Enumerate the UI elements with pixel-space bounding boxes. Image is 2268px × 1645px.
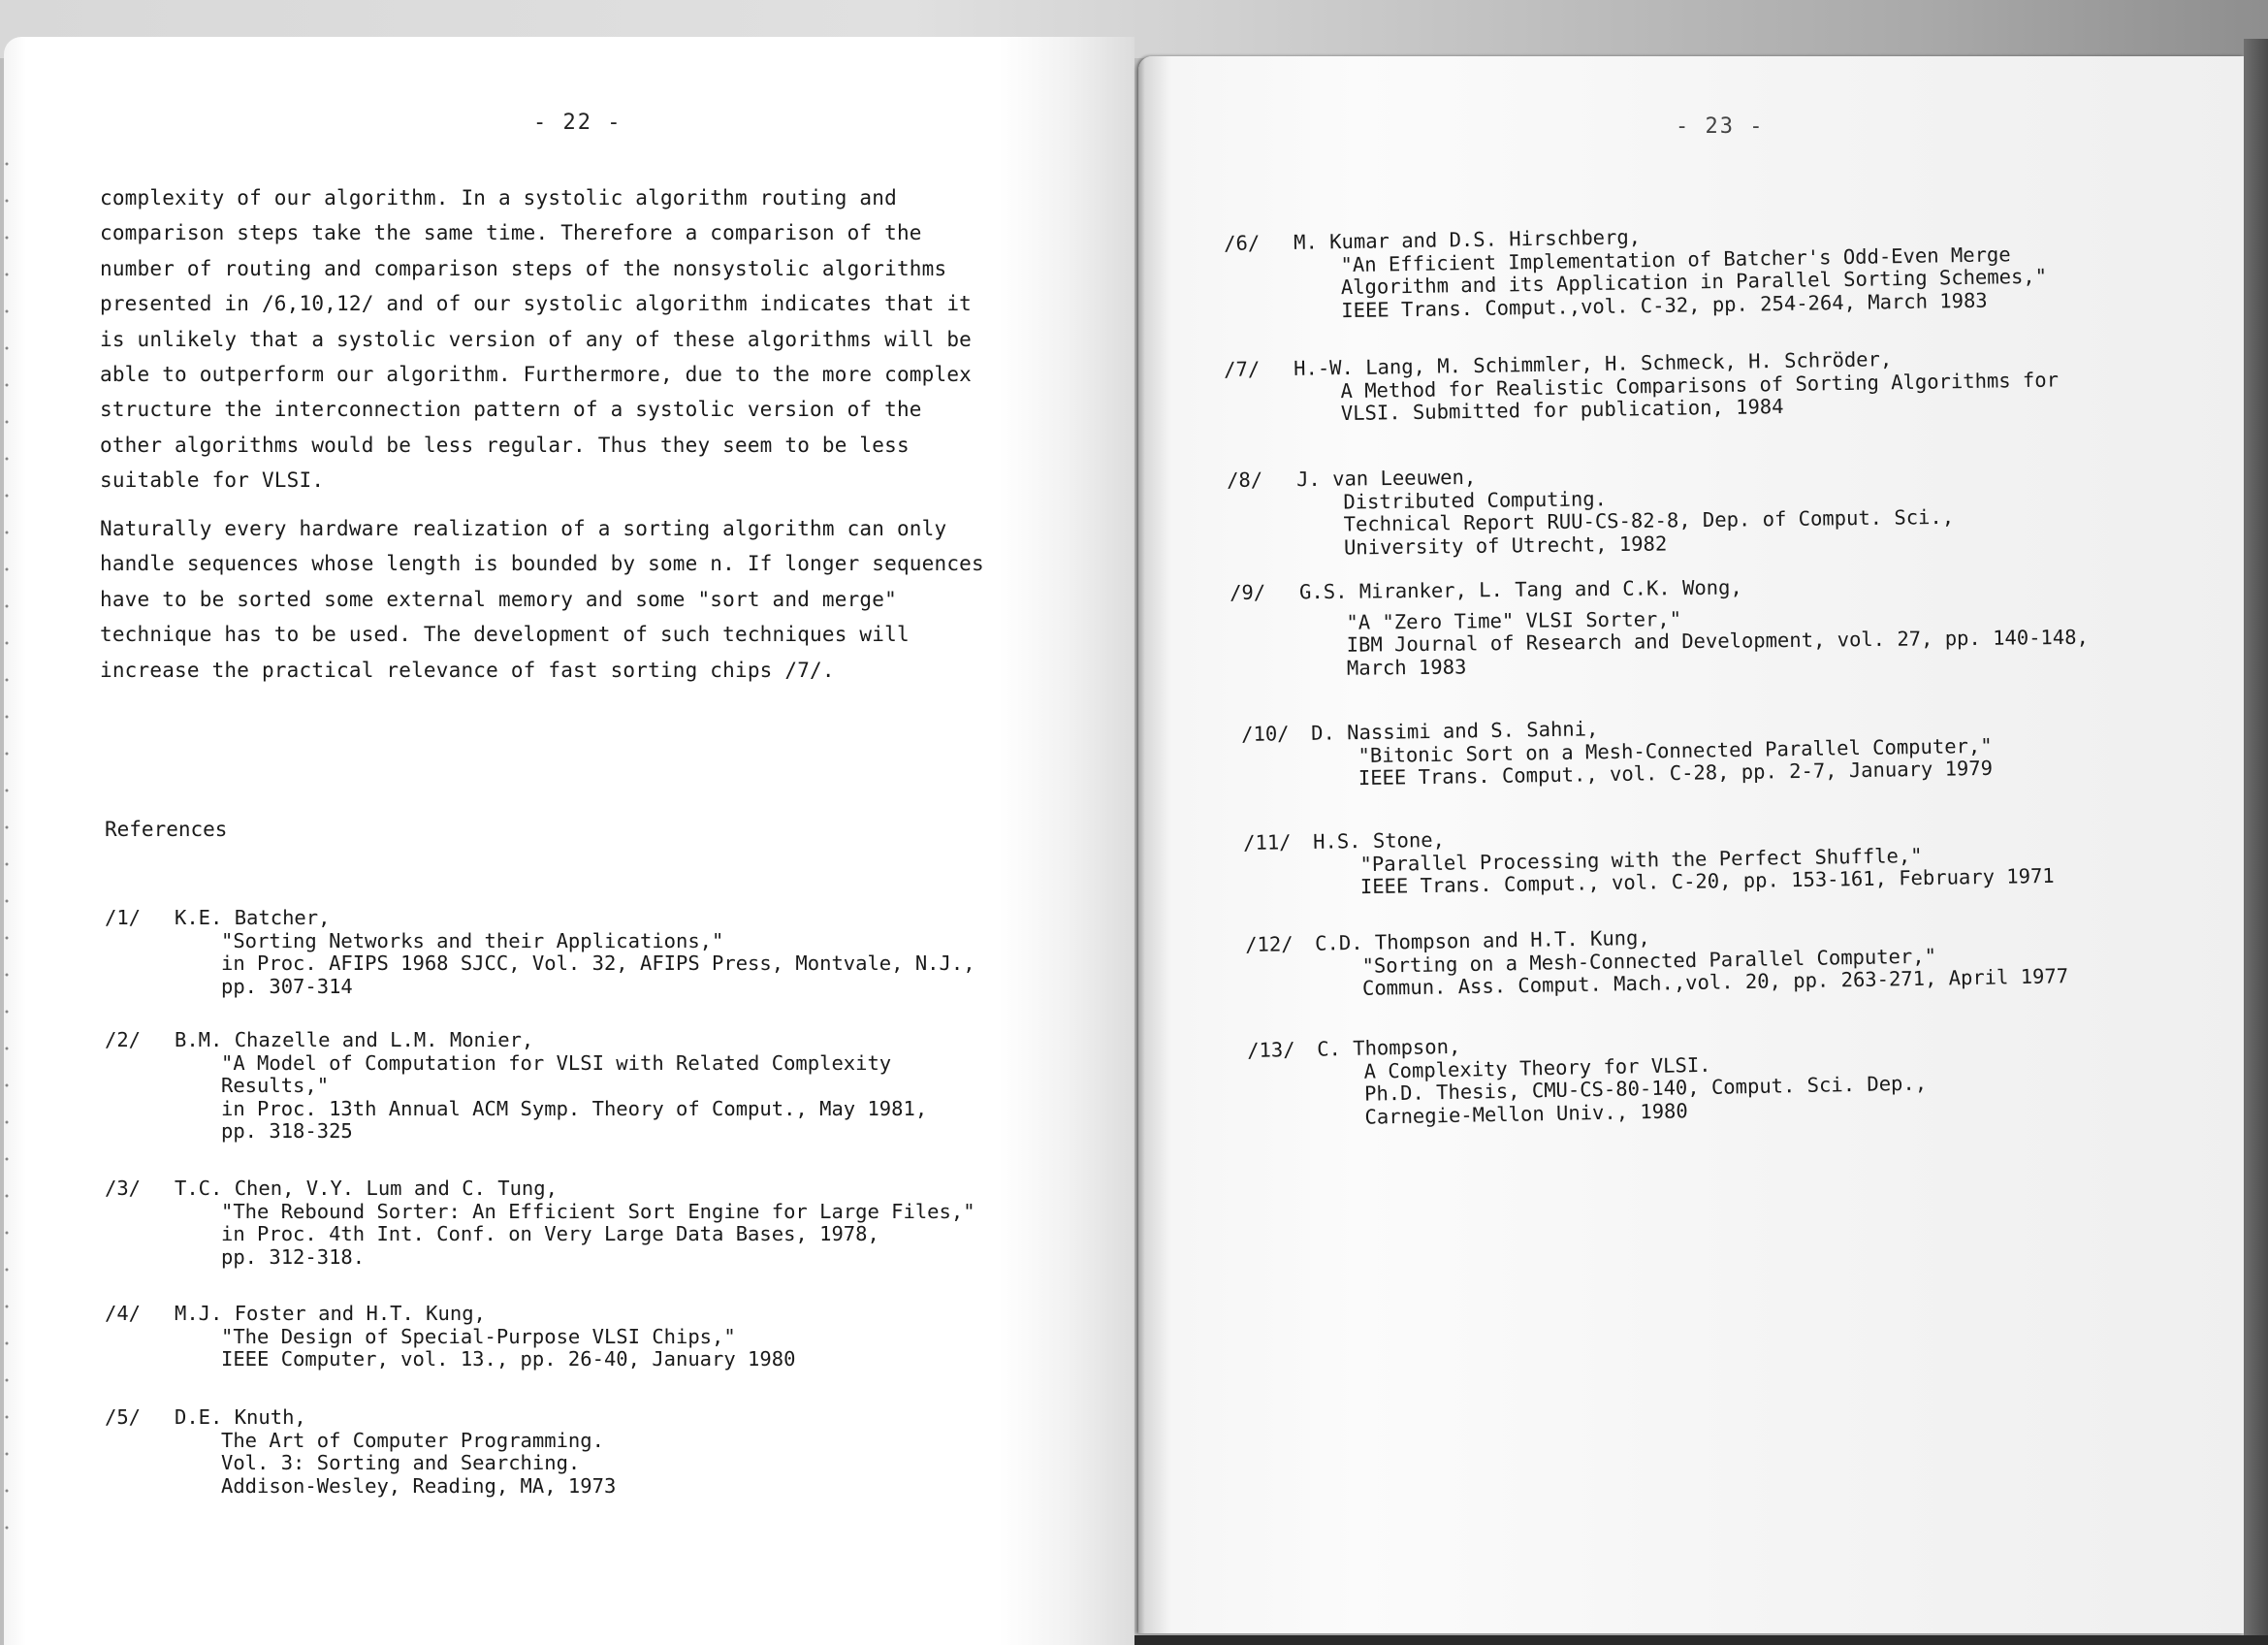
- reference-line: pp. 318-325: [105, 1120, 927, 1144]
- reference-authors: B.M. Chazelle and L.M. Monier,: [105, 1029, 927, 1052]
- reference-authors: D.E. Knuth,: [105, 1406, 616, 1430]
- reference-line: "The Rebound Sorter: An Efficient Sort E…: [105, 1201, 975, 1224]
- reference-line: pp. 312-318.: [105, 1246, 975, 1270]
- paragraph-line: have to be sorted some external memory a…: [100, 582, 1128, 617]
- reference-line: IEEE Computer, vol. 13., pp. 26-40, Janu…: [105, 1348, 795, 1371]
- body-paragraph-1: complexity of our algorithm. In a systol…: [100, 180, 1128, 499]
- reference-line: in Proc. 4th Int. Conf. on Very Large Da…: [105, 1223, 975, 1246]
- reference-line: The Art of Computer Programming.: [105, 1430, 616, 1453]
- reference-line: "Sorting Networks and their Applications…: [105, 930, 975, 953]
- reference-authors: K.E. Batcher,: [105, 907, 975, 930]
- reference-line: pp. 307-314: [105, 976, 975, 999]
- reference-line: Vol. 3: Sorting and Searching.: [105, 1452, 616, 1475]
- reference-authors: M.J. Foster and H.T. Kung,: [105, 1303, 795, 1326]
- paragraph-line: technique has to be used. The developmen…: [100, 617, 1128, 652]
- paragraph-line: suitable for VLSI.: [100, 463, 1128, 498]
- references-heading: References: [105, 818, 227, 841]
- page-number-left: - 22 -: [533, 111, 622, 135]
- body-paragraph-2: Naturally every hardware realization of …: [100, 511, 1128, 688]
- reference-line: "A Model of Computation for VLSI with Re…: [105, 1052, 927, 1076]
- reference-line: in Proc. AFIPS 1968 SJCC, Vol. 32, AFIPS…: [105, 952, 975, 976]
- paragraph-line: handle sequences whose length is bounded…: [100, 546, 1128, 581]
- paragraph-line: number of routing and comparison steps o…: [100, 251, 1128, 286]
- paragraph-line: structure the interconnection pattern of…: [100, 392, 1128, 427]
- reference-authors: T.C. Chen, V.Y. Lum and C. Tung,: [105, 1177, 975, 1201]
- reference-line: Results,": [105, 1075, 927, 1098]
- paragraph-line: able to outperform our algorithm. Furthe…: [100, 357, 1128, 392]
- paragraph-line: Naturally every hardware realization of …: [100, 511, 1128, 546]
- paragraph-line: other algorithms would be less regular. …: [100, 428, 1128, 463]
- paragraph-line: complexity of our algorithm. In a systol…: [100, 180, 1128, 215]
- paragraph-line: comparison steps take the same time. The…: [100, 215, 1128, 250]
- reference-line: Addison-Wesley, Reading, MA, 1973: [105, 1475, 616, 1499]
- reference-line: "The Design of Special-Purpose VLSI Chip…: [105, 1326, 795, 1349]
- scan-background-right: [2244, 39, 2268, 1645]
- binding-marks: [4, 145, 10, 1562]
- paragraph-line: increase the practical relevance of fast…: [100, 653, 1128, 688]
- reference-line: in Proc. 13th Annual ACM Symp. Theory of…: [105, 1098, 927, 1121]
- paragraph-line: presented in /6,10,12/ and of our systol…: [100, 286, 1128, 321]
- scan-background-bottom: [1134, 1635, 2268, 1645]
- paragraph-line: is unlikely that a systolic version of a…: [100, 322, 1128, 357]
- page-number-right: - 23 -: [1676, 114, 1764, 139]
